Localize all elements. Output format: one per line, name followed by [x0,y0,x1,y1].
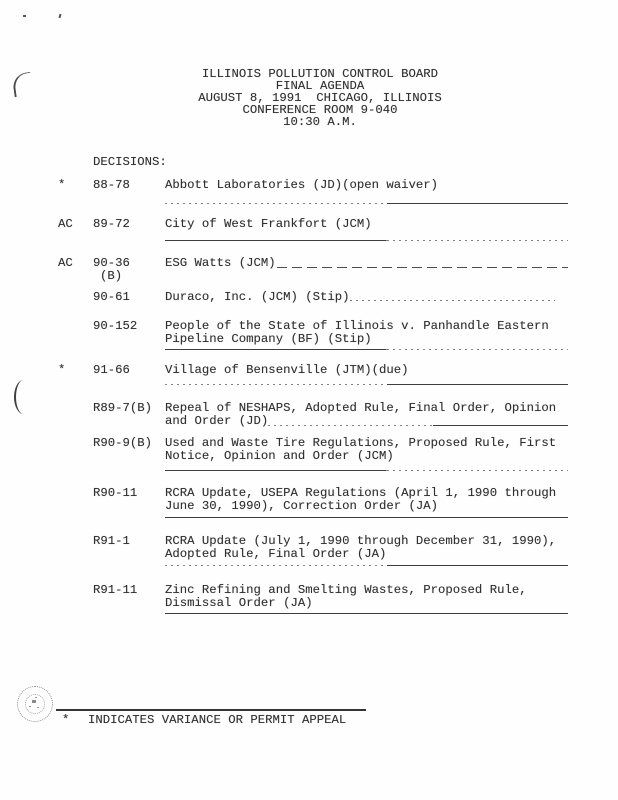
header-line-time: 10:30 A.M. [20,116,618,128]
scan-speck [23,15,26,17]
docket-number: R91-1 [93,535,130,548]
signature-line [268,425,568,426]
scanned-agenda-page: ILLINOIS POLLUTION CONTROL BOARD FINAL A… [0,0,618,800]
docket-subcode: (B) [100,270,122,283]
footnote-asterisk: * [62,714,69,727]
stamp-artifact [17,686,53,722]
signature-line [277,267,568,268]
docket-number: 90-61 [93,291,130,304]
signature-line [165,384,568,385]
docket-number: 89-72 [93,218,130,231]
decision-flag: AC [58,257,73,270]
case-description: Village of Bensenville (JTM)(due) [165,364,577,377]
signature-line [165,349,568,350]
scan-artifact-arc [14,380,33,414]
case-description: Used and Waste Tire Regulations, Propose… [165,437,577,463]
docket-number: R90-9(B) [93,437,152,450]
decision-flag: AC [58,218,73,231]
case-description: Duraco, Inc. (JCM) (Stip) [165,291,577,304]
case-description: City of West Frankfort (JCM) [165,218,577,231]
docket-number: R91-11 [93,584,137,597]
case-description: ESG Watts (JCM) [165,257,577,270]
case-description: Zinc Refining and Smelting Wastes, Propo… [165,584,577,610]
decision-flag: * [58,364,65,377]
docket-number: 91-66 [93,364,130,377]
docket-number: R90-11 [93,487,137,500]
case-description: Abbott Laboratories (JD)(open waiver) [165,179,577,192]
case-description: RCRA Update, USEPA Regulations (April 1,… [165,487,577,513]
section-label: DECISIONS: [93,156,167,169]
signature-line [165,470,568,471]
signature-line [165,203,568,204]
scan-speck [59,14,62,18]
decision-flag: * [58,179,65,192]
signature-line [165,613,568,614]
signature-line [350,300,555,301]
footnote-rule [56,709,366,711]
case-description: People of the State of Illinois v. Panha… [165,320,577,346]
signature-line [165,565,568,566]
document-header: ILLINOIS POLLUTION CONTROL BOARD FINAL A… [20,68,618,128]
docket-number: R89-7(B) [93,402,152,415]
signature-line [165,517,568,518]
footnote-text: INDICATES VARIANCE OR PERMIT APPEAL [88,714,346,727]
case-description: RCRA Update (July 1, 1990 through Decemb… [165,535,577,561]
signature-line [165,240,568,241]
docket-number: 90-152 [93,320,137,333]
docket-number: 88-78 [93,179,130,192]
